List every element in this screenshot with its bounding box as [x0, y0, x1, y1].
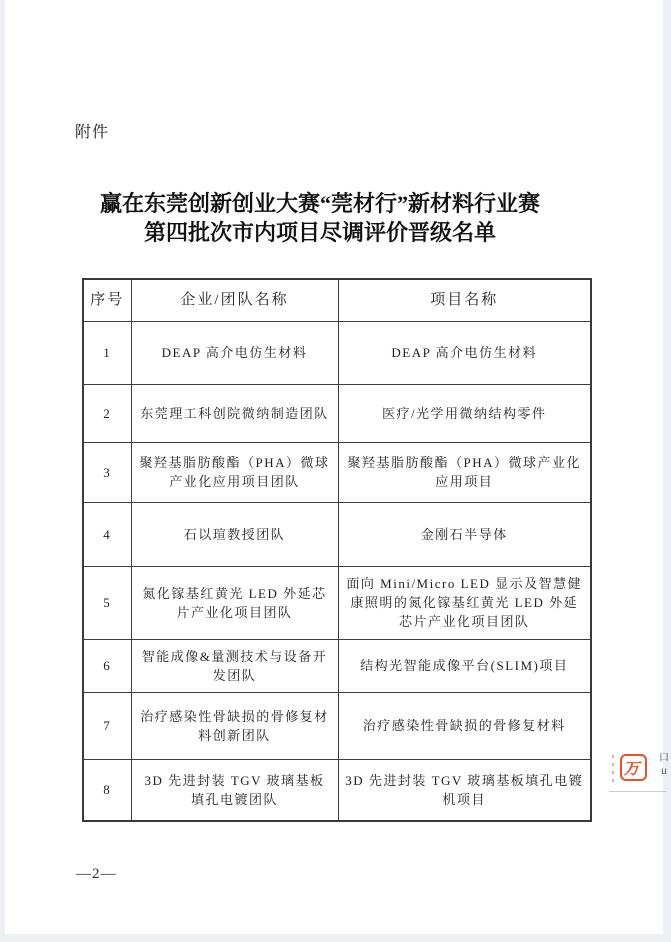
cell-no: 6	[83, 639, 131, 692]
cell-team: 智能成像&量测技术与设备开发团队	[131, 639, 338, 692]
cell-team: 氮化镓基红黄光 LED 外延芯片产业化项目团队	[131, 566, 338, 639]
cell-no: 1	[83, 321, 131, 384]
cell-project: 结构光智能成像平台(SLIM)项目	[338, 639, 591, 692]
widget-side-glyphs: 口 u	[657, 753, 671, 777]
side-glyph-top: 口	[659, 753, 669, 764]
attachment-label: 附件	[75, 119, 109, 142]
document-page: 附件 赢在东莞创新创业大赛“莞材行”新材料行业赛 第四批次市内项目尽调评价晋级名…	[5, 0, 663, 934]
table-row: 4 石以瑄教授团队 金刚石半导体	[83, 502, 591, 566]
promotion-list-table: 序号 企业/团队名称 项目名称 1 DEAP 高介电仿生材料 DEAP 高介电仿…	[82, 278, 592, 822]
cell-project: 金刚石半导体	[338, 502, 591, 566]
table-header-row: 序号 企业/团队名称 项目名称	[83, 279, 591, 321]
cell-project: 医疗/光学用微纳结构零件	[338, 384, 591, 442]
brand-logo-button[interactable]: 万	[620, 754, 647, 781]
cell-team: DEAP 高介电仿生材料	[131, 321, 338, 384]
title-line-2: 第四批次市内项目尽调评价晋级名单	[40, 218, 600, 247]
cell-no: 5	[83, 566, 131, 639]
side-glyph-bottom: u	[661, 766, 667, 777]
table-row: 6 智能成像&量测技术与设备开发团队 结构光智能成像平台(SLIM)项目	[83, 639, 591, 692]
document-title: 赢在东莞创新创业大赛“莞材行”新材料行业赛 第四批次市内项目尽调评价晋级名单	[40, 189, 600, 247]
cell-no: 3	[83, 442, 131, 502]
cell-team: 东莞理工科创院微纳制造团队	[131, 384, 338, 442]
cell-team: 石以瑄教授团队	[131, 502, 338, 566]
floating-annotation-widget: 万 口 u	[603, 750, 671, 794]
table-row: 8 3D 先进封装 TGV 玻璃基板填孔电镀团队 3D 先进封装 TGV 玻璃基…	[83, 759, 591, 821]
cell-project: DEAP 高介电仿生材料	[338, 321, 591, 384]
wan-logo-icon: 万	[623, 756, 644, 779]
header-cell-project: 项目名称	[338, 279, 591, 321]
header-cell-no: 序号	[83, 279, 131, 321]
table-row: 2 东莞理工科创院微纳制造团队 医疗/光学用微纳结构零件	[83, 384, 591, 442]
cell-no: 4	[83, 502, 131, 566]
drag-handle-icon[interactable]	[612, 755, 614, 785]
cell-no: 2	[83, 384, 131, 442]
header-cell-team: 企业/团队名称	[131, 279, 338, 321]
cell-team: 治疗感染性骨缺损的骨修复材料创新团队	[131, 692, 338, 759]
table-row: 3 聚羟基脂肪酸酯（PHA）微球产业化应用项目团队 聚羟基脂肪酸酯（PHA）微球…	[83, 442, 591, 502]
table-row: 1 DEAP 高介电仿生材料 DEAP 高介电仿生材料	[83, 321, 591, 384]
cell-team: 聚羟基脂肪酸酯（PHA）微球产业化应用项目团队	[131, 442, 338, 502]
cell-no: 8	[83, 759, 131, 821]
cell-project: 3D 先进封装 TGV 玻璃基板填孔电镀机项目	[338, 759, 591, 821]
cell-team: 3D 先进封装 TGV 玻璃基板填孔电镀团队	[131, 759, 338, 821]
page-number: —2—	[76, 866, 117, 883]
table-row: 7 治疗感染性骨缺损的骨修复材料创新团队 治疗感染性骨缺损的骨修复材料	[83, 692, 591, 759]
cell-project: 聚羟基脂肪酸酯（PHA）微球产业化应用项目	[338, 442, 591, 502]
cell-project: 面向 Mini/Micro LED 显示及智慧健康照明的氮化镓基红黄光 LED …	[338, 566, 591, 639]
title-line-1: 赢在东莞创新创业大赛“莞材行”新材料行业赛	[40, 189, 600, 218]
widget-divider-line	[609, 791, 667, 792]
table-row: 5 氮化镓基红黄光 LED 外延芯片产业化项目团队 面向 Mini/Micro …	[83, 566, 591, 639]
cell-project: 治疗感染性骨缺损的骨修复材料	[338, 692, 591, 759]
cell-no: 7	[83, 692, 131, 759]
